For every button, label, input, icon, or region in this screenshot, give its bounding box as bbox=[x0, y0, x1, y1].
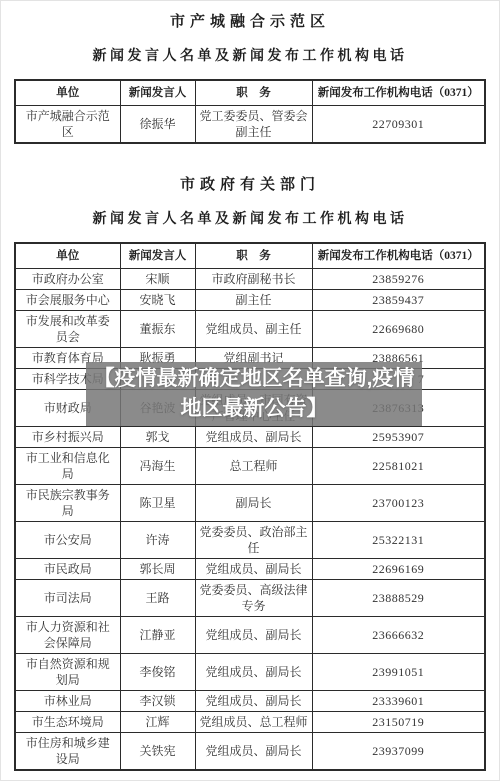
unit-cell: 市民政局 bbox=[15, 559, 120, 580]
section2-subtitle: 新闻发言人名单及新闻发布工作机构电话 bbox=[1, 210, 499, 230]
duty-cell: 党组成员、副局长 bbox=[195, 427, 312, 448]
duty-cell: 党组成员、副局长 bbox=[195, 691, 312, 712]
phone-cell: 22581021 bbox=[312, 448, 485, 485]
header-spokesperson: 新闻发言人 bbox=[120, 243, 195, 269]
spokesperson-cell: 董振东 bbox=[120, 311, 195, 348]
phone-cell: 25322131 bbox=[312, 522, 485, 559]
phone-cell: 23666632 bbox=[312, 617, 485, 654]
unit-cell: 市人力资源和社会保障局 bbox=[15, 617, 120, 654]
table-row: 市发展和改革委员会 董振东 党组成员、副主任 22669680 bbox=[15, 311, 485, 348]
spokesperson-cell: 李汉锁 bbox=[120, 691, 195, 712]
spokesperson-cell: 许涛 bbox=[120, 522, 195, 559]
spokesperson-cell: 江静亚 bbox=[120, 617, 195, 654]
phone-cell: 23339601 bbox=[312, 691, 485, 712]
unit-cell: 市政府办公室 bbox=[15, 269, 120, 290]
unit-cell: 市林业局 bbox=[15, 691, 120, 712]
table-row: 市生态环境局 江辉 党组成员、总工程师 23150719 bbox=[15, 712, 485, 733]
table-row: 市乡村振兴局 郭戈 党组成员、副局长 25953907 bbox=[15, 427, 485, 448]
header-duty: 职 务 bbox=[195, 243, 312, 269]
header-spokesperson: 新闻发言人 bbox=[120, 80, 195, 106]
unit-cell: 市产城融合示范区 bbox=[15, 106, 120, 144]
spokesperson-cell: 王路 bbox=[120, 580, 195, 617]
phone-cell: 23859276 bbox=[312, 269, 485, 290]
spokesperson-cell: 关铁宪 bbox=[120, 733, 195, 771]
duty-cell: 市政府副秘书长 bbox=[195, 269, 312, 290]
unit-cell: 市自然资源和规划局 bbox=[15, 654, 120, 691]
duty-cell: 党组成员、副局长 bbox=[195, 654, 312, 691]
spokesperson-cell: 徐振华 bbox=[120, 106, 195, 144]
table-header-row: 单位 新闻发言人 职 务 新闻发布工作机构电话（0371） bbox=[15, 80, 485, 106]
phone-cell: 22709301 bbox=[312, 106, 485, 144]
spokesperson-cell: 李俊铭 bbox=[120, 654, 195, 691]
phone-cell: 22669680 bbox=[312, 311, 485, 348]
phone-cell: 25953907 bbox=[312, 427, 485, 448]
unit-cell: 市民族宗教事务局 bbox=[15, 485, 120, 522]
unit-cell: 市生态环境局 bbox=[15, 712, 120, 733]
table-header-row: 单位 新闻发言人 职 务 新闻发布工作机构电话（0371） bbox=[15, 243, 485, 269]
table-row: 市工业和信息化局 冯海生 总工程师 22581021 bbox=[15, 448, 485, 485]
phone-cell: 23937099 bbox=[312, 733, 485, 771]
table-row: 市民政局 郭长周 党组成员、副局长 22696169 bbox=[15, 559, 485, 580]
spokesperson-cell: 陈卫星 bbox=[120, 485, 195, 522]
document-page: 市产城融合示范区 新闻发言人名单及新闻发布工作机构电话 单位 新闻发言人 职 务… bbox=[0, 0, 500, 781]
table-row: 市司法局 王路 党委委员、高级法律专务 23888529 bbox=[15, 580, 485, 617]
section2-table: 单位 新闻发言人 职 务 新闻发布工作机构电话（0371） 市政府办公室 宋顺 … bbox=[14, 242, 486, 771]
header-duty: 职 务 bbox=[195, 80, 312, 106]
header-unit: 单位 bbox=[15, 243, 120, 269]
table-row: 市自然资源和规划局 李俊铭 党组成员、副局长 23991051 bbox=[15, 654, 485, 691]
header-unit: 单位 bbox=[15, 80, 120, 106]
spokesperson-cell: 安晓飞 bbox=[120, 290, 195, 311]
spokesperson-cell: 宋顺 bbox=[120, 269, 195, 290]
unit-cell: 市司法局 bbox=[15, 580, 120, 617]
phone-cell: 23991051 bbox=[312, 654, 485, 691]
table-row: 市产城融合示范区 徐振华 党工委委员、管委会副主任 22709301 bbox=[15, 106, 485, 144]
duty-cell: 党组成员、副主任 bbox=[195, 311, 312, 348]
table-row: 市政府办公室 宋顺 市政府副秘书长 23859276 bbox=[15, 269, 485, 290]
unit-cell: 市住房和城乡建设局 bbox=[15, 733, 120, 771]
duty-cell: 党委委员、政治部主任 bbox=[195, 522, 312, 559]
duty-cell: 党组成员、总工程师 bbox=[195, 712, 312, 733]
section1-table: 单位 新闻发言人 职 务 新闻发布工作机构电话（0371） 市产城融合示范区 徐… bbox=[14, 79, 486, 144]
phone-cell: 23700123 bbox=[312, 485, 485, 522]
header-phone: 新闻发布工作机构电话（0371） bbox=[312, 243, 485, 269]
duty-cell: 党组成员、副局长 bbox=[195, 733, 312, 771]
header-phone: 新闻发布工作机构电话（0371） bbox=[312, 80, 485, 106]
unit-cell: 市发展和改革委员会 bbox=[15, 311, 120, 348]
table-row: 市公安局 许涛 党委委员、政治部主任 25322131 bbox=[15, 522, 485, 559]
unit-cell: 市工业和信息化局 bbox=[15, 448, 120, 485]
section2-title: 市政府有关部门 bbox=[1, 174, 499, 196]
phone-cell: 22696169 bbox=[312, 559, 485, 580]
duty-cell: 党组成员、副局长 bbox=[195, 559, 312, 580]
duty-cell: 党委委员、高级法律专务 bbox=[195, 580, 312, 617]
section1-title: 市产城融合示范区 bbox=[1, 11, 499, 33]
section1-subtitle: 新闻发言人名单及新闻发布工作机构电话 bbox=[1, 47, 499, 67]
unit-cell: 市乡村振兴局 bbox=[15, 427, 120, 448]
table-row: 市民族宗教事务局 陈卫星 副局长 23700123 bbox=[15, 485, 485, 522]
duty-cell: 党工委委员、管委会副主任 bbox=[195, 106, 312, 144]
phone-cell: 23888529 bbox=[312, 580, 485, 617]
spokesperson-cell: 郭长周 bbox=[120, 559, 195, 580]
duty-cell: 副主任 bbox=[195, 290, 312, 311]
table-row: 市会展服务中心 安晓飞 副主任 23859437 bbox=[15, 290, 485, 311]
spokesperson-cell: 江辉 bbox=[120, 712, 195, 733]
duty-cell: 党组成员、副局长 bbox=[195, 617, 312, 654]
watermark-banner: 【疫情最新确定地区名单查询,疫情地区最新公告】 bbox=[86, 362, 422, 426]
table-row: 市人力资源和社会保障局 江静亚 党组成员、副局长 23666632 bbox=[15, 617, 485, 654]
table-row: 市林业局 李汉锁 党组成员、副局长 23339601 bbox=[15, 691, 485, 712]
watermark-text: 【疫情最新确定地区名单查询,疫情地区最新公告】 bbox=[87, 364, 421, 424]
unit-cell: 市公安局 bbox=[15, 522, 120, 559]
phone-cell: 23150719 bbox=[312, 712, 485, 733]
phone-cell: 23859437 bbox=[312, 290, 485, 311]
spokesperson-cell: 郭戈 bbox=[120, 427, 195, 448]
spokesperson-cell: 冯海生 bbox=[120, 448, 195, 485]
duty-cell: 总工程师 bbox=[195, 448, 312, 485]
duty-cell: 副局长 bbox=[195, 485, 312, 522]
table-row: 市住房和城乡建设局 关铁宪 党组成员、副局长 23937099 bbox=[15, 733, 485, 771]
unit-cell: 市会展服务中心 bbox=[15, 290, 120, 311]
